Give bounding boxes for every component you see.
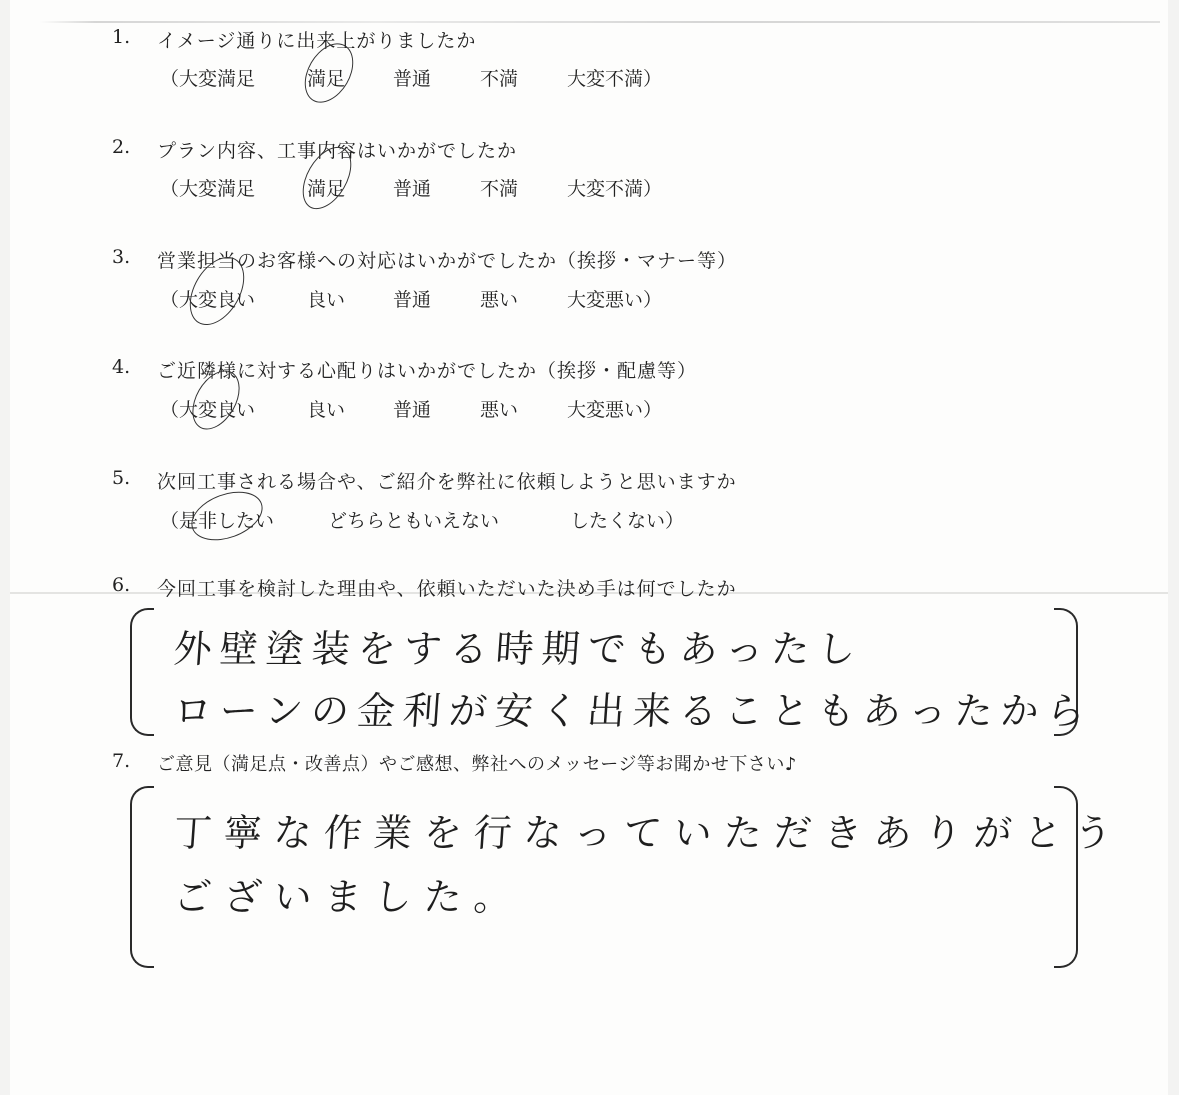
option-normal[interactable]: 普通: [393, 64, 431, 91]
option-very-satisfied[interactable]: （大変満足: [160, 174, 255, 201]
handwritten-answer-line: ございました。: [172, 866, 526, 921]
answer-bracket-left: [130, 786, 154, 968]
option-no[interactable]: したくない）: [570, 506, 684, 533]
question-text: ご意見（満足点・改善点）やご感想、弊社へのメッセージ等お聞かせ下さい♪: [157, 750, 797, 776]
option-good[interactable]: 良い: [307, 395, 345, 422]
option-neutral[interactable]: どちらともいえない: [328, 506, 499, 533]
handwritten-answer-line: ローンの金利が安く出来ることもあったから: [172, 680, 1095, 735]
option-good[interactable]: 良い: [307, 285, 345, 312]
option-very-dissatisfied[interactable]: 大変不満）: [567, 64, 662, 91]
question-text: イメージ通りに出来上がりましたか: [157, 26, 476, 53]
question-number: 7.: [112, 750, 130, 772]
option-dissatisfied[interactable]: 不満: [480, 64, 518, 91]
question-number: 5.: [112, 467, 130, 489]
option-bad[interactable]: 悪い: [480, 395, 518, 422]
question-number: 2.: [112, 136, 130, 158]
handwritten-answer-line: 丁寧な作業を行なっていただきありがとう: [172, 802, 1126, 857]
option-very-bad[interactable]: 大変悪い）: [567, 285, 662, 312]
question-number: 6.: [112, 574, 130, 596]
option-normal[interactable]: 普通: [393, 174, 431, 201]
option-very-dissatisfied[interactable]: 大変不満）: [567, 174, 662, 201]
option-very-bad[interactable]: 大変悪い）: [567, 395, 662, 422]
option-very-satisfied[interactable]: （大変満足: [160, 64, 255, 91]
scan-edge-line: [40, 21, 1160, 23]
question-text: 次回工事される場合や、ご紹介を弊社に依頼しようと思いますか: [157, 467, 737, 494]
option-normal[interactable]: 普通: [393, 285, 431, 312]
option-normal[interactable]: 普通: [393, 395, 431, 422]
question-number: 3.: [112, 246, 130, 268]
option-dissatisfied[interactable]: 不満: [480, 174, 518, 201]
question-text: 今回工事を検討した理由や、依頼いただいた決め手は何でしたか: [157, 574, 737, 601]
option-bad[interactable]: 悪い: [480, 285, 518, 312]
handwritten-answer-line: 外壁塗装をする時期でもあったし: [172, 618, 865, 673]
survey-sheet: [10, 0, 1168, 1095]
answer-bracket-left: [130, 608, 154, 736]
question-number: 4.: [112, 356, 130, 378]
question-number: 1.: [112, 26, 130, 48]
question-text: 営業担当のお客様への対応はいかがでしたか（挨拶・マナー等）: [157, 246, 737, 273]
